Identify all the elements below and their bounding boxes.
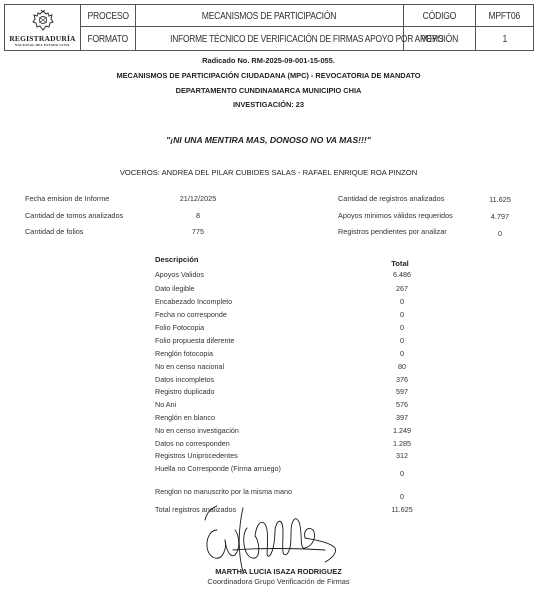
table-row-label: Renglón en blanco — [155, 413, 215, 422]
table-row-label: Huella no Corresponde (Firma arruego) — [155, 464, 281, 473]
table-row-value: 1.249 — [372, 426, 432, 435]
summary-label: Cantidad de registros analizados — [338, 194, 444, 203]
table-row-label: Folio propuesta diferente — [155, 336, 235, 345]
table-row-label: Renglon no manuscrito por la misma mano — [155, 487, 292, 496]
table-row-label: Dato ilegible — [155, 284, 195, 293]
table-row-value: 6.486 — [372, 270, 432, 279]
table-row-value: 376 — [372, 375, 432, 384]
column-header-description: Descripción — [155, 255, 198, 264]
summary-label: Cantidad de tomos analizados — [25, 211, 123, 220]
table-row-value: 0 — [372, 469, 432, 478]
table-row-label: No Ani — [155, 400, 176, 409]
registraduria-logo: REGISTRADURÍA NACIONAL DEL ESTADO CIVIL — [5, 6, 80, 50]
table-row-label: Registros Uniprocedentes — [155, 451, 238, 460]
proceso-value: MECANISMOS DE PARTICIPACIÓN — [136, 5, 404, 27]
table-row-value: 0 — [372, 323, 432, 332]
table-row-label: No en censo nacional — [155, 362, 224, 371]
codigo-label: CÓDIGO — [404, 5, 476, 27]
summary-value: 4.797 — [470, 212, 530, 221]
codigo-value: MPFT06 — [476, 5, 534, 27]
table-row-value: 0 — [372, 349, 432, 358]
table-row-value: 597 — [372, 387, 432, 396]
table-row-value: 0 — [372, 492, 432, 501]
table-row-label: Renglón fotocopia — [155, 349, 213, 358]
radicado-number: Radicado No. RM-2025-09-001-15-055. — [0, 56, 537, 65]
campaign-slogan: "¡NI UNA MENTIRA MAS, DONOSO NO VA MAS!!… — [0, 135, 537, 145]
mechanism-title: MECANISMOS DE PARTICIPACIÓN CIUDADANA (M… — [0, 71, 537, 80]
summary-value: 8 — [168, 211, 228, 220]
version-value: 1 — [476, 27, 534, 51]
table-row-value: 267 — [372, 284, 432, 293]
table-row-value: 576 — [372, 400, 432, 409]
logo-subtitle: NACIONAL DEL ESTADO CIVIL — [15, 43, 70, 47]
total-value: 11.625 — [372, 505, 432, 514]
summary-value: 0 — [470, 229, 530, 238]
table-row-label: No en censo investigación — [155, 426, 239, 435]
formato-value: INFORME TÉCNICO DE VERIFICACIÓN DE FIRMA… — [136, 27, 404, 51]
proceso-label: PROCESO — [81, 5, 136, 27]
summary-label: Apoyos minimos válidos requeridos — [338, 211, 453, 220]
summary-value: 775 — [168, 227, 228, 236]
formato-label: FORMATO — [81, 27, 136, 51]
column-header-total: Total — [370, 259, 430, 268]
logo-cell: REGISTRADURÍA NACIONAL DEL ESTADO CIVIL — [5, 5, 81, 51]
document-header-table: REGISTRADURÍA NACIONAL DEL ESTADO CIVIL … — [4, 4, 534, 51]
table-row-value: 0 — [372, 336, 432, 345]
table-row-label: Fecha no corresponde — [155, 310, 227, 319]
logo-title: REGISTRADURÍA — [9, 34, 75, 43]
table-row-label: Apoyos Validos — [155, 270, 204, 279]
table-row-value: 80 — [372, 362, 432, 371]
table-row-value: 312 — [372, 451, 432, 460]
investigation-number: INVESTIGACIÓN: 23 — [0, 100, 537, 109]
coat-of-arms-icon — [30, 9, 56, 33]
signer-name: MARTHA LUCIA ISAZA RODRIGUEZ — [0, 567, 537, 576]
table-row-value: 397 — [372, 413, 432, 422]
department-title: DEPARTAMENTO CUNDINAMARCA MUNICIPIO CHIA — [0, 86, 537, 95]
summary-label: Registros pendientes por analizar — [338, 227, 447, 236]
summary-label: Cantidad de folios — [25, 227, 83, 236]
summary-value: 21/12/2025 — [168, 194, 228, 203]
table-row-value: 1.285 — [372, 439, 432, 448]
spokespersons: VOCEROS: ANDREA DEL PILAR CUBIDES SALAS … — [0, 168, 537, 177]
table-row-value: 0 — [372, 310, 432, 319]
table-row-value: 0 — [372, 297, 432, 306]
summary-value: 11.625 — [470, 195, 530, 204]
table-row-label: Registro duplicado — [155, 387, 215, 396]
signer-role: Coordinadora Grupo Verificación de Firma… — [0, 577, 537, 586]
summary-label: Fecha emision de Informe — [25, 194, 109, 203]
table-row-label: Folio Fotocopia — [155, 323, 204, 332]
table-row-label: Datos no corresponden — [155, 439, 230, 448]
table-row-label: Datos incompletos — [155, 375, 214, 384]
table-row-label: Encabezado Incompleto — [155, 297, 232, 306]
